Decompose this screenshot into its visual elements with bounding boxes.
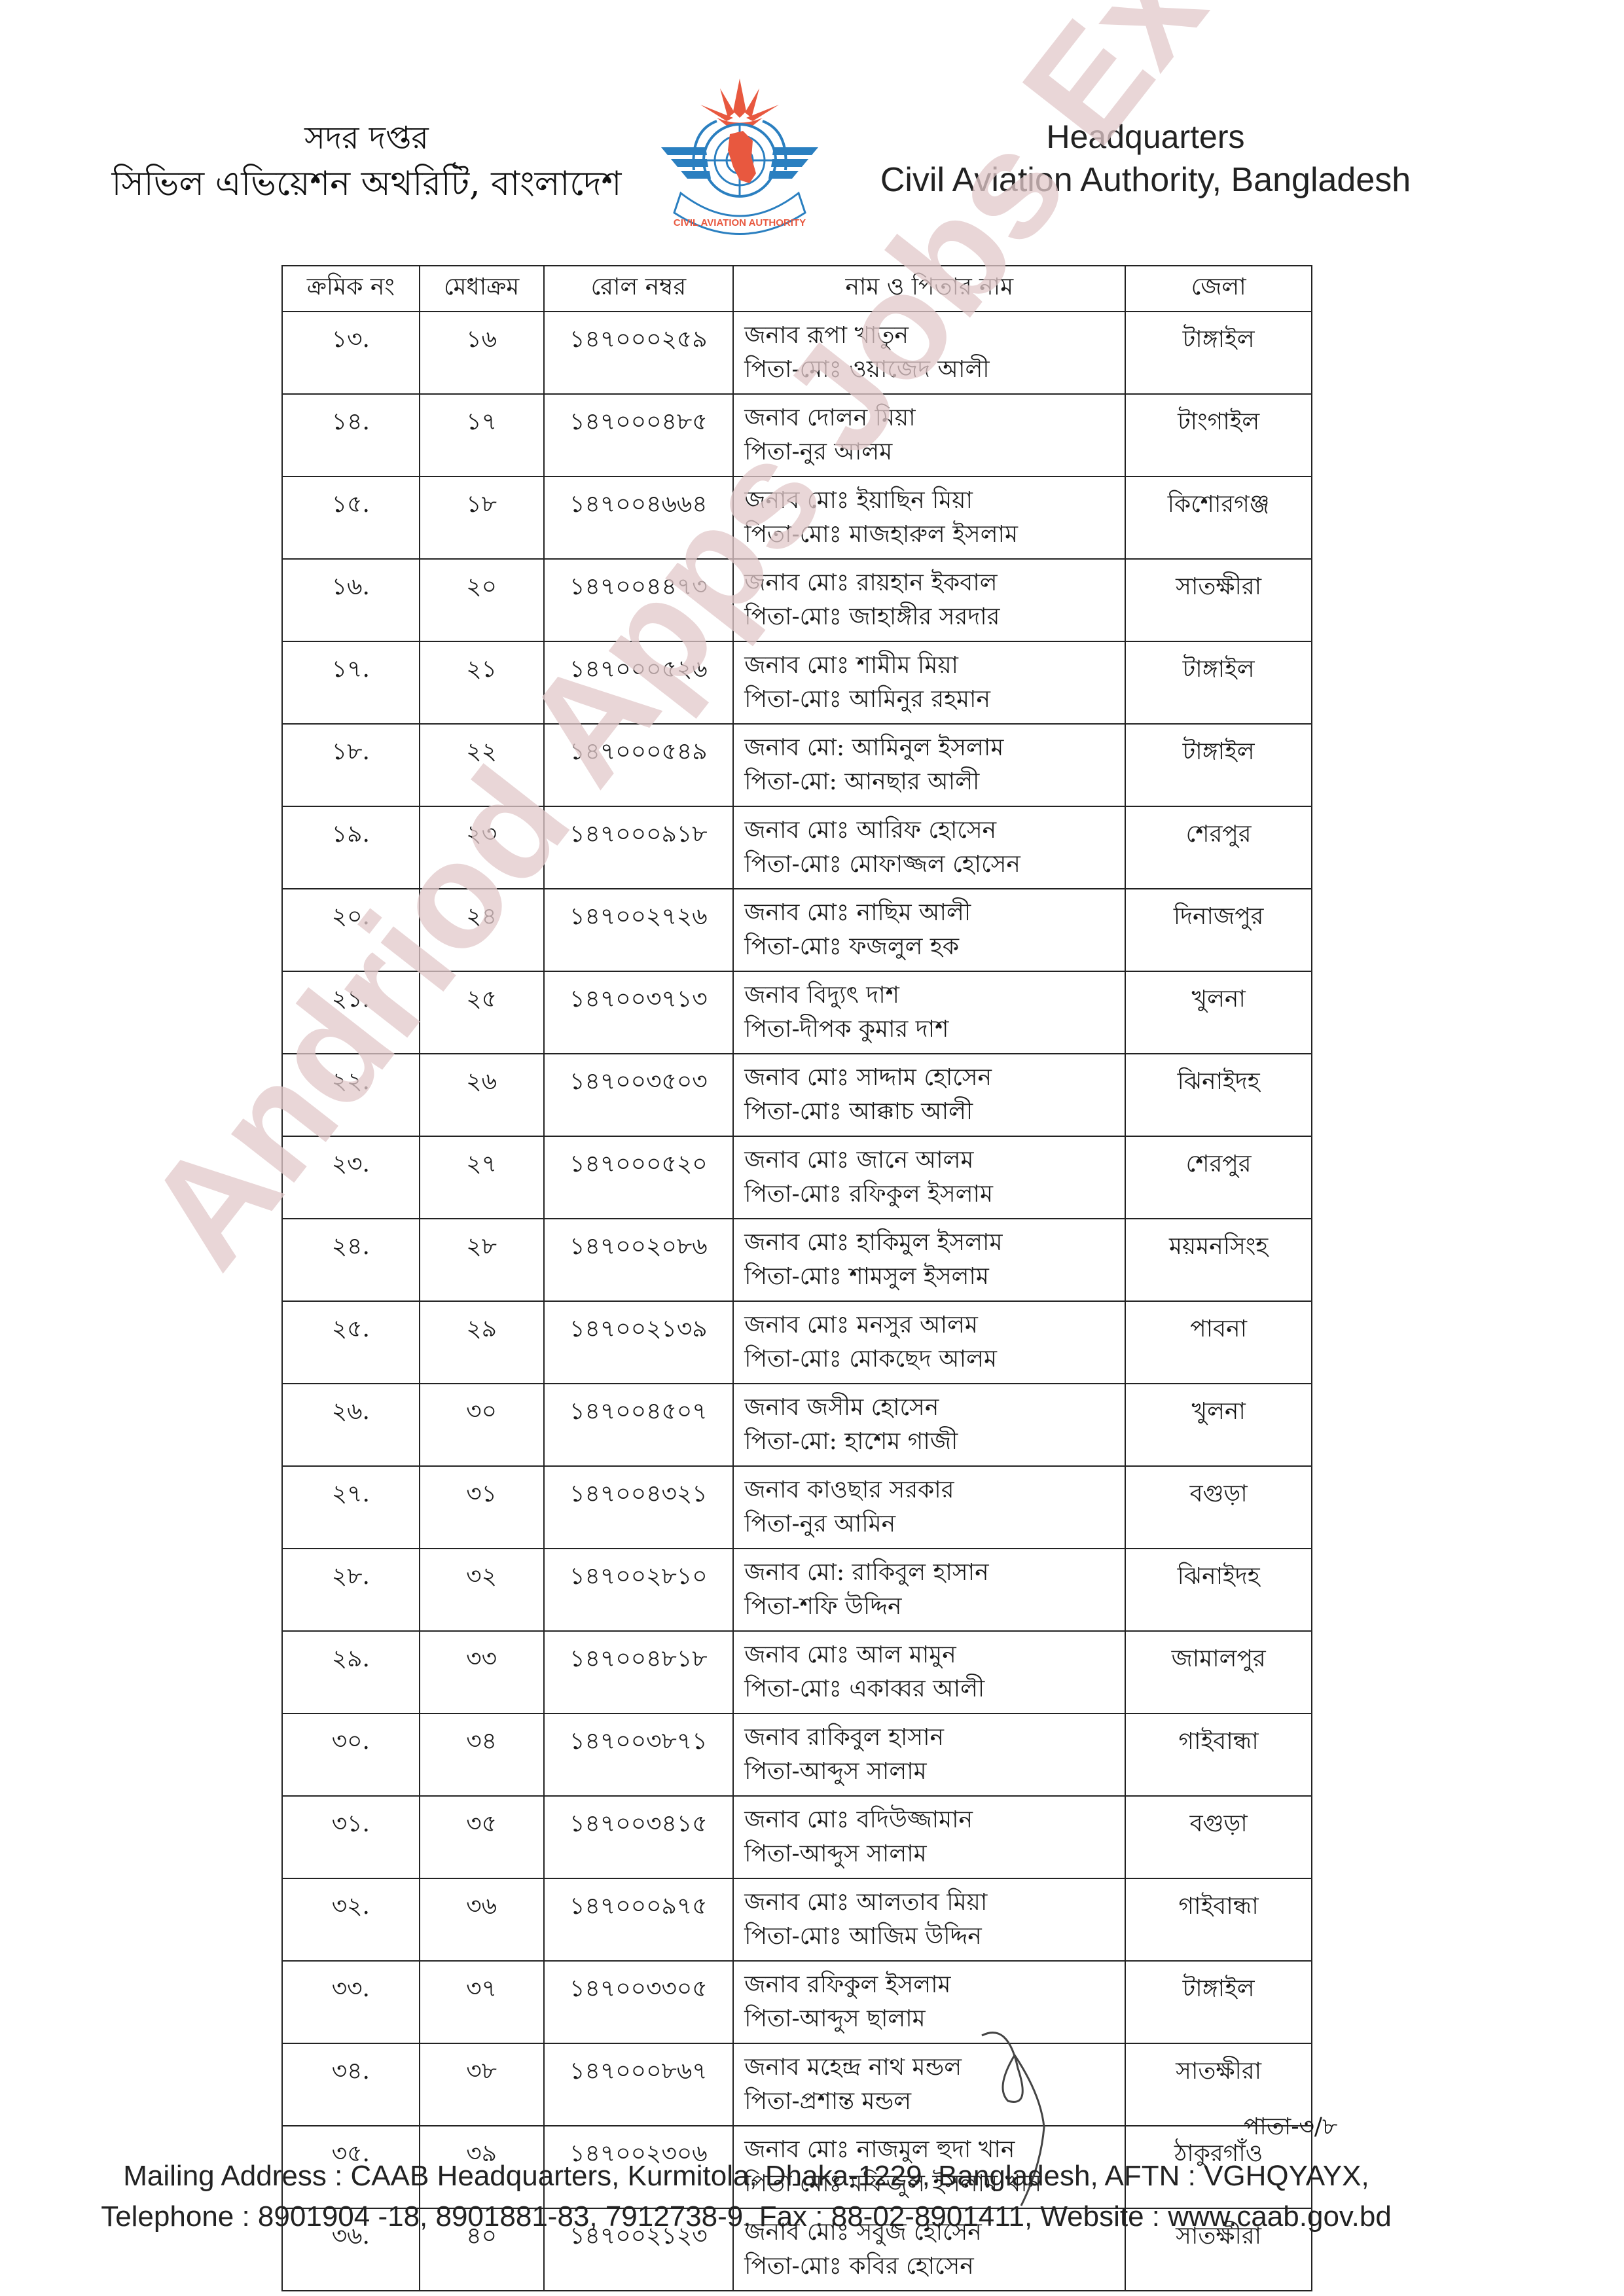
district: বগুড়া (1190, 1810, 1248, 1837)
cell-name: জনাব মোঃ শামীম মিয়াপিতা-মোঃ আমিনুর রহমা… (733, 641, 1125, 724)
serial-number: ১৬. (332, 573, 370, 600)
roll-number: ১৪৭০০৪৫০৭ (569, 1398, 707, 1425)
header-bangla-line2: সিভিল এভিয়েশন অথরিটি, বাংলাদেশ (79, 157, 655, 214)
district: শেরপুর (1186, 1151, 1252, 1177)
cell-name: জনাব মোঃ আল মামুনপিতা-মোঃ একাব্বর আলী (733, 1631, 1125, 1713)
roll-number: ১৪৭০০২০৮৬ (569, 1233, 708, 1260)
father-name: পিতা-আব্দুস সালাম (744, 1755, 1125, 1789)
cell-serial: ২৭. (282, 1466, 420, 1549)
candidate-name: জনাব মোঃ নাছিম আলী (744, 896, 1125, 930)
cell-roll: ১৪৭০০৩৩০৫ (544, 1961, 734, 2043)
cell-merit: ২৭ (420, 1136, 544, 1219)
merit-position: ৩০ (466, 1398, 497, 1425)
cell-merit: ৩১ (420, 1466, 544, 1549)
serial-number: ১৫. (332, 491, 370, 518)
candidate-name: জনাব জসীম হোসেন (744, 1391, 1125, 1425)
father-name: পিতা-নুর আলম (744, 435, 1125, 469)
cell-district: টাংগাইল (1125, 394, 1312, 476)
cell-merit: ২৪ (420, 889, 544, 971)
district: গাইবান্ধা (1179, 1893, 1259, 1920)
cell-merit: ৩২ (420, 1549, 544, 1631)
serial-number: ৩২. (332, 1893, 370, 1920)
district: কিশোরগঞ্জ (1168, 491, 1270, 518)
caab-logo-icon: CIVIL AVIATION AUTHORITY (655, 65, 825, 242)
cell-name: জনাব মো: আমিনুল ইসলামপিতা-মো: আনছার আলী (733, 724, 1125, 806)
header-english-line1: Headquarters (864, 118, 1427, 156)
candidate-name: জনাব মোঃ সাদ্দাম হোসেন (744, 1061, 1125, 1095)
col-header-name: নাম ও পিতার নাম (733, 266, 1125, 312)
cell-merit: ২১ (420, 641, 544, 724)
cell-serial: ২৯. (282, 1631, 420, 1713)
father-name: পিতা-মো: হাশেম গাজী (744, 1425, 1125, 1459)
roll-number: ১৪৭০০৪৩২১ (569, 1480, 707, 1507)
merit-position: ২১ (466, 656, 497, 683)
table-row: ৩৪.৩৮১৪৭০০০৮৬৭জনাব মহেন্দ্র নাথ মন্ডলপিত… (282, 2043, 1312, 2126)
candidate-name: জনাব মোঃ হাকিমুল ইসলাম (744, 1226, 1125, 1260)
cell-merit: ৩৩ (420, 1631, 544, 1713)
district: জামালপুর (1172, 1645, 1266, 1672)
cell-merit: ৩০ (420, 1384, 544, 1466)
serial-number: ১৯. (332, 821, 370, 848)
table-row: ২৫.২৯১৪৭০০২১৩৯জনাব মোঃ মনসুর আলমপিতা-মোঃ… (282, 1301, 1312, 1384)
cell-name: জনাব রাকিবুল হাসানপিতা-আব্দুস সালাম (733, 1713, 1125, 1796)
cell-roll: ১৪৭০০২৭২৬ (544, 889, 734, 971)
father-name: পিতা-মোঃ শামসুল ইসলাম (744, 1260, 1125, 1294)
cell-merit: ২৯ (420, 1301, 544, 1384)
cell-roll: ১৪৭০০৩৮৭১ (544, 1713, 734, 1796)
district: টাংগাইল (1178, 408, 1259, 435)
table-row: ২১.২৫১৪৭০০৩৭১৩জনাব বিদ্যুৎ দাশপিতা-দীপক … (282, 971, 1312, 1054)
cell-merit: ২২ (420, 724, 544, 806)
cell-district: গাইবান্ধা (1125, 1713, 1312, 1796)
cell-name: জনাব বিদ্যুৎ দাশপিতা-দীপক কুমার দাশ (733, 971, 1125, 1054)
merit-position: ৩৫ (466, 1810, 497, 1837)
serial-number: ২২. (332, 1068, 370, 1095)
table-row: ২২.২৬১৪৭০০৩৫০৩জনাব মোঃ সাদ্দাম হোসেনপিতা… (282, 1054, 1312, 1136)
cell-name: জনাব মোঃ আলতাব মিয়াপিতা-মোঃ আজিম উদ্দিন (733, 1878, 1125, 1961)
cell-merit: ২৩ (420, 806, 544, 889)
father-name: পিতা-মোঃ কবির হোসেন (744, 2250, 1125, 2284)
cell-roll: ১৪৭০০০৫৪৯ (544, 724, 734, 806)
merit-position: ৩২ (466, 1563, 497, 1590)
candidate-name: জনাব রূপা খাতুন (744, 319, 1125, 353)
cell-serial: ১৯. (282, 806, 420, 889)
serial-number: ৩০. (332, 1728, 370, 1755)
cell-roll: ১৪৭০০৪৮১৮ (544, 1631, 734, 1713)
roll-number: ১৪৭০০০২৫৯ (569, 326, 707, 353)
roll-number: ১৪৭০০২৭২৬ (569, 903, 708, 930)
merit-position: ১৬ (466, 326, 497, 353)
serial-number: ১৮. (332, 738, 370, 765)
merit-position: ৩৭ (466, 1975, 497, 2002)
col-header-merit: মেধাক্রম (420, 266, 544, 312)
district: টাঙ্গাইল (1183, 326, 1255, 353)
candidate-name: জনাব দোলন মিয়া (744, 401, 1125, 435)
cell-serial: ১৫. (282, 476, 420, 559)
cell-name: জনাব মোঃ নাছিম আলীপিতা-মোঃ ফজলুল হক (733, 889, 1125, 971)
district: ঝিনাইদহ (1178, 1068, 1260, 1095)
candidate-name: জনাব মহেন্দ্র নাথ মন্ডল (744, 2051, 1125, 2085)
serial-number: ২৯. (332, 1645, 370, 1672)
cell-serial: ৩৪. (282, 2043, 420, 2126)
cell-roll: ১৪৭০০০৪৮৫ (544, 394, 734, 476)
merit-position: ২২ (466, 738, 497, 765)
merit-position: ২৭ (466, 1151, 497, 1177)
cell-district: শেরপুর (1125, 1136, 1312, 1219)
table-row: ২৯.৩৩১৪৭০০৪৮১৮জনাব মোঃ আল মামুনপিতা-মোঃ … (282, 1631, 1312, 1713)
table-row: ৩৩.৩৭১৪৭০০৩৩০৫জনাব রফিকুল ইসলামপিতা-আব্দ… (282, 1961, 1312, 2043)
table-row: ২৩.২৭১৪৭০০০৫২০জনাব মোঃ জানে আলমপিতা-মোঃ … (282, 1136, 1312, 1219)
cell-name: জনাব জসীম হোসেনপিতা-মো: হাশেম গাজী (733, 1384, 1125, 1466)
father-name: পিতা-মোঃ একাব্বর আলী (744, 1672, 1125, 1706)
footer-contact: Telephone : 8901904 -18, 8901881-83, 791… (39, 2200, 1453, 2233)
father-name: পিতা-মোঃ আমিনুর রহমান (744, 683, 1125, 717)
father-name: পিতা-প্রশান্ত মন্ডল (744, 2085, 1125, 2119)
cell-roll: ১৪৭০০৪৩২১ (544, 1466, 734, 1549)
roll-number: ১৪৭০০৩৭১৩ (569, 986, 708, 1013)
table-row: ২০.২৪১৪৭০০২৭২৬জনাব মোঃ নাছিম আলীপিতা-মোঃ… (282, 889, 1312, 971)
cell-district: ময়মনসিংহ (1125, 1219, 1312, 1301)
cell-district: খুলনা (1125, 971, 1312, 1054)
cell-serial: ২২. (282, 1054, 420, 1136)
cell-district: শেরপুর (1125, 806, 1312, 889)
cell-merit: ১৬ (420, 312, 544, 394)
roll-number: ১৪৭০০০৯১৮ (569, 821, 707, 848)
cell-district: কিশোরগঞ্জ (1125, 476, 1312, 559)
serial-number: ২১. (332, 986, 370, 1013)
candidate-name: জনাব মো: আমিনুল ইসলাম (744, 731, 1125, 765)
cell-district: ঝিনাইদহ (1125, 1054, 1312, 1136)
cell-district: টাঙ্গাইল (1125, 724, 1312, 806)
candidate-name: জনাব মোঃ শামীম মিয়া (744, 649, 1125, 683)
serial-number: ২০. (332, 903, 370, 930)
merit-position: ১৭ (466, 408, 497, 435)
merit-position: ২৬ (466, 1068, 497, 1095)
cell-district: টাঙ্গাইল (1125, 641, 1312, 724)
cell-roll: ১৪৭০০৪৫০৭ (544, 1384, 734, 1466)
cell-merit: ৩৫ (420, 1796, 544, 1878)
table-row: ২৮.৩২১৪৭০০২৮১০জনাব মো: রাকিবুল হাসানপিতা… (282, 1549, 1312, 1631)
cell-serial: ১৮. (282, 724, 420, 806)
table-row: ২৭.৩১১৪৭০০৪৩২১জনাব কাওছার সরকারপিতা-নুর … (282, 1466, 1312, 1549)
father-name: পিতা-আব্দুস ছালাম (744, 2002, 1125, 2036)
district: খুলনা (1191, 986, 1245, 1013)
cell-name: জনাব মোঃ মনসুর আলমপিতা-মোঃ মোকছেদ আলম (733, 1301, 1125, 1384)
district: টাঙ্গাইল (1183, 1975, 1255, 2002)
table-row: ১৯.২৩১৪৭০০০৯১৮জনাব মোঃ আরিফ হোসেনপিতা-মো… (282, 806, 1312, 889)
table-row: ১৩.১৬১৪৭০০০২৫৯জনাব রূপা খাতুনপিতা-মোঃ ওয… (282, 312, 1312, 394)
father-name: পিতা-মোঃ মোকছেদ আলম (744, 1342, 1125, 1376)
cell-roll: ১৪৭০০০৯৭৫ (544, 1878, 734, 1961)
district: ময়মনসিংহ (1169, 1233, 1268, 1260)
cell-name: জনাব রূপা খাতুনপিতা-মোঃ ওয়াজেদ আলী (733, 312, 1125, 394)
candidate-name: জনাব রাকিবুল হাসান (744, 1721, 1125, 1755)
merit-position: ২৩ (466, 821, 497, 848)
father-name: পিতা-মো: আনছার আলী (744, 765, 1125, 799)
district: দিনাজপুর (1174, 903, 1264, 930)
district: টাঙ্গাইল (1183, 738, 1255, 765)
cell-name: জনাব মোঃ রায়হান ইকবালপিতা-মোঃ জাহাঙ্গীর… (733, 559, 1125, 641)
district: ঝিনাইদহ (1178, 1563, 1260, 1590)
roll-number: ১৪৭০০৪৮১৮ (569, 1645, 707, 1672)
district: টাঙ্গাইল (1183, 656, 1255, 683)
roll-number: ১৪৭০০০৪৮৫ (569, 408, 707, 435)
district: বগুড়া (1190, 1480, 1248, 1507)
cell-roll: ১৪৭০০৩৫০৩ (544, 1054, 734, 1136)
father-name: পিতা-নুর আমিন (744, 1507, 1125, 1541)
roll-number: ১৪৭০০৪৬৬৪ (569, 491, 707, 518)
district: সাতক্ষীরা (1176, 2058, 1261, 2085)
cell-merit: ৩৮ (420, 2043, 544, 2126)
roll-number: ১৪৭০০৩৩০৫ (569, 1975, 708, 2002)
merit-position: ২৫ (466, 986, 497, 1013)
table-row: ৩১.৩৫১৪৭০০৩৪১৫জনাব মোঃ বদিউজ্জামানপিতা-আ… (282, 1796, 1312, 1878)
cell-district: পাবনা (1125, 1301, 1312, 1384)
serial-number: ২৫. (332, 1316, 370, 1342)
table-row: ৩০.৩৪১৪৭০০৩৮৭১জনাব রাকিবুল হাসানপিতা-আব্… (282, 1713, 1312, 1796)
header-english-line2: Civil Aviation Authority, Bangladesh (864, 160, 1427, 200)
father-name: পিতা-মোঃ ফজলুল হক (744, 930, 1125, 964)
cell-merit: ২৮ (420, 1219, 544, 1301)
cell-merit: ১৮ (420, 476, 544, 559)
cell-roll: ১৪৭০০২৮১০ (544, 1549, 734, 1631)
table-row: ১৫.১৮১৪৭০০৪৬৬৪জনাব মোঃ ইয়াছিন মিয়াপিতা… (282, 476, 1312, 559)
roll-number: ১৪৭০০৪৪৭৩ (569, 573, 707, 600)
candidate-name: জনাব মোঃ আরিফ হোসেন (744, 814, 1125, 848)
col-header-roll: রোল নম্বর (544, 266, 734, 312)
table-row: ১৪.১৭১৪৭০০০৪৮৫জনাব দোলন মিয়াপিতা-নুর আল… (282, 394, 1312, 476)
cell-roll: ১৪৭০০৪৬৬৪ (544, 476, 734, 559)
serial-number: ২৩. (332, 1151, 370, 1177)
page-number: পাতা-৩/৮ (1244, 2109, 1337, 2148)
table-row: ১৭.২১১৪৭০০০৫২৬জনাব মোঃ শামীম মিয়াপিতা-ম… (282, 641, 1312, 724)
cell-serial: ১৬. (282, 559, 420, 641)
cell-serial: ১৩. (282, 312, 420, 394)
merit-position: ২০ (466, 573, 497, 600)
candidate-name: জনাব মোঃ রায়হান ইকবাল (744, 566, 1125, 600)
cell-district: জামালপুর (1125, 1631, 1312, 1713)
cell-serial: ২১. (282, 971, 420, 1054)
cell-serial: ২৬. (282, 1384, 420, 1466)
cell-serial: ৩০. (282, 1713, 420, 1796)
cell-name: জনাব দোলন মিয়াপিতা-নুর আলম (733, 394, 1125, 476)
cell-district: বগুড়া (1125, 1466, 1312, 1549)
serial-number: ২৪. (332, 1233, 370, 1260)
serial-number: ২৬. (332, 1398, 370, 1425)
serial-number: ৩১. (332, 1810, 370, 1837)
candidate-name: জনাব বিদ্যুৎ দাশ (744, 978, 1125, 1013)
serial-number: ১৭. (332, 656, 370, 683)
merit-position: ২৯ (466, 1316, 497, 1342)
merit-position: ৩১ (466, 1480, 497, 1507)
cell-name: জনাব মোঃ জানে আলমপিতা-মোঃ রফিকুল ইসলাম (733, 1136, 1125, 1219)
roll-number: ১৪৭০০০৫২০ (569, 1151, 708, 1177)
col-header-district: জেলা (1125, 266, 1312, 312)
cell-serial: ১৪. (282, 394, 420, 476)
cell-merit: ১৭ (420, 394, 544, 476)
cell-name: জনাব মোঃ হাকিমুল ইসলামপিতা-মোঃ শামসুল ইস… (733, 1219, 1125, 1301)
cell-roll: ১৪৭০০০৯১৮ (544, 806, 734, 889)
cell-district: খুলনা (1125, 1384, 1312, 1466)
candidate-name: জনাব মোঃ বদিউজ্জামান (744, 1803, 1125, 1837)
merit-position: ৩৮ (466, 2058, 497, 2085)
cell-serial: ১৭. (282, 641, 420, 724)
cell-serial: ২৪. (282, 1219, 420, 1301)
svg-text:CIVIL AVIATION AUTHORITY: CIVIL AVIATION AUTHORITY (674, 217, 806, 228)
cell-district: টাঙ্গাইল (1125, 312, 1312, 394)
table-row: ৩২.৩৬১৪৭০০০৯৭৫জনাব মোঃ আলতাব মিয়াপিতা-ম… (282, 1878, 1312, 1961)
district: শেরপুর (1186, 821, 1252, 848)
father-name: পিতা-মোঃ ওয়াজেদ আলী (744, 353, 1125, 387)
father-name: পিতা-মোঃ আক্কাচ আলী (744, 1095, 1125, 1129)
district: পাবনা (1190, 1316, 1247, 1342)
cell-district: দিনাজপুর (1125, 889, 1312, 971)
cell-serial: ২৮. (282, 1549, 420, 1631)
cell-merit: ৩৬ (420, 1878, 544, 1961)
roll-number: ১৪৭০০০৯৭৫ (569, 1893, 707, 1920)
merit-position: ৩৬ (466, 1893, 497, 1920)
cell-roll: ১৪৭০০০৫২০ (544, 1136, 734, 1219)
cell-roll: ১৪৭০০২১৩৯ (544, 1301, 734, 1384)
cell-merit: ২০ (420, 559, 544, 641)
cell-name: জনাব মোঃ সাদ্দাম হোসেনপিতা-মোঃ আক্কাচ আল… (733, 1054, 1125, 1136)
merit-list-table: ক্রমিক নং মেধাক্রম রোল নম্বর নাম ও পিতার… (281, 265, 1312, 2291)
father-name: পিতা-দীপক কুমার দাশ (744, 1013, 1125, 1047)
father-name: পিতা-মোঃ রফিকুল ইসলাম (744, 1177, 1125, 1211)
table-row: ১৮.২২১৪৭০০০৫৪৯জনাব মো: আমিনুল ইসলামপিতা-… (282, 724, 1312, 806)
merit-position: ২৪ (466, 903, 497, 930)
roll-number: ১৪৭০০৩৮৭১ (569, 1728, 707, 1755)
cell-serial: ২৫. (282, 1301, 420, 1384)
cell-roll: ১৪৭০০৩৭১৩ (544, 971, 734, 1054)
father-name: পিতা-মোঃ মাজহারুল ইসলাম (744, 518, 1125, 552)
cell-name: জনাব মোঃ ইয়াছিন মিয়াপিতা-মোঃ মাজহারুল … (733, 476, 1125, 559)
roll-number: ১৪৭০০৩৫০৩ (569, 1068, 708, 1095)
roll-number: ১৪৭০০২৮১০ (569, 1563, 707, 1590)
serial-number: ২৮. (332, 1563, 370, 1590)
district: খুলনা (1191, 1398, 1245, 1425)
serial-number: ১৪. (332, 408, 370, 435)
cell-roll: ১৪৭০০৩৪১৫ (544, 1796, 734, 1878)
merit-position: ৩৩ (466, 1645, 497, 1672)
cell-name: জনাব মোঃ আরিফ হোসেনপিতা-মোঃ মোফাজ্জল হোস… (733, 806, 1125, 889)
cell-merit: ৩৭ (420, 1961, 544, 2043)
cell-merit: ২৫ (420, 971, 544, 1054)
roll-number: ১৪৭০০৩৪১৫ (569, 1810, 707, 1837)
roll-number: ১৪৭০০০৫৪৯ (569, 738, 707, 765)
candidate-name: জনাব মোঃ আলতাব মিয়া (744, 1886, 1125, 1920)
cell-district: গাইবান্ধা (1125, 1878, 1312, 1961)
cell-serial: ৩৩. (282, 1961, 420, 2043)
merit-position: ১৮ (466, 491, 497, 518)
footer-mailing-address: Mailing Address : CAAB Headquarters, Kur… (39, 2160, 1453, 2193)
serial-number: ১৩. (332, 326, 370, 353)
merit-position: ২৮ (466, 1233, 497, 1260)
cell-name: জনাব মোঃ বদিউজ্জামানপিতা-আব্দুস সালাম (733, 1796, 1125, 1878)
cell-name: জনাব রফিকুল ইসলামপিতা-আব্দুস ছালাম (733, 1961, 1125, 2043)
candidate-name: জনাব রফিকুল ইসলাম (744, 1968, 1125, 2002)
cell-roll: ১৪৭০০০৫২৬ (544, 641, 734, 724)
serial-number: ২৭. (332, 1480, 370, 1507)
table-header-row: ক্রমিক নং মেধাক্রম রোল নম্বর নাম ও পিতার… (282, 266, 1312, 312)
cell-roll: ১৪৭০০০২৫৯ (544, 312, 734, 394)
cell-district: ঝিনাইদহ (1125, 1549, 1312, 1631)
father-name: পিতা-মোঃ মোফাজ্জল হোসেন (744, 848, 1125, 882)
candidate-name: জনাব মোঃ ইয়াছিন মিয়া (744, 484, 1125, 518)
table-row: ১৬.২০১৪৭০০৪৪৭৩জনাব মোঃ রায়হান ইকবালপিতা… (282, 559, 1312, 641)
father-name: পিতা-আব্দুস সালাম (744, 1837, 1125, 1871)
cell-serial: ২৩. (282, 1136, 420, 1219)
cell-merit: ২৬ (420, 1054, 544, 1136)
cell-roll: ১৪৭০০৪৪৭৩ (544, 559, 734, 641)
cell-serial: ৩১. (282, 1796, 420, 1878)
cell-district: সাতক্ষীরা (1125, 559, 1312, 641)
cell-merit: ৩৪ (420, 1713, 544, 1796)
cell-serial: ৩২. (282, 1878, 420, 1961)
father-name: পিতা-মোঃ আজিম উদ্দিন (744, 1920, 1125, 1954)
table-row: ২৬.৩০১৪৭০০৪৫০৭জনাব জসীম হোসেনপিতা-মো: হা… (282, 1384, 1312, 1466)
candidate-name: জনাব মোঃ আল মামুন (744, 1638, 1125, 1672)
cell-district: টাঙ্গাইল (1125, 1961, 1312, 2043)
col-header-serial: ক্রমিক নং (282, 266, 420, 312)
father-name: পিতা-মোঃ জাহাঙ্গীর সরদার (744, 600, 1125, 634)
father-name: পিতা-শফি উদ্দিন (744, 1590, 1125, 1624)
candidate-name: জনাব মোঃ মনসুর আলম (744, 1308, 1125, 1342)
candidate-name: জনাব মোঃ জানে আলম (744, 1143, 1125, 1177)
merit-position: ৩৪ (466, 1728, 497, 1755)
cell-name: জনাব মো: রাকিবুল হাসানপিতা-শফি উদ্দিন (733, 1549, 1125, 1631)
district: সাতক্ষীরা (1176, 573, 1261, 600)
district: গাইবান্ধা (1179, 1728, 1259, 1755)
roll-number: ১৪৭০০২১৩৯ (569, 1316, 707, 1342)
roll-number: ১৪৭০০০৫২৬ (569, 656, 708, 683)
serial-number: ৩৩. (332, 1975, 370, 2002)
cell-name: জনাব মহেন্দ্র নাথ মন্ডলপিতা-প্রশান্ত মন্… (733, 2043, 1125, 2126)
serial-number: ৩৪. (332, 2058, 370, 2085)
cell-roll: ১৪৭০০০৮৬৭ (544, 2043, 734, 2126)
candidate-name: জনাব কাওছার সরকার (744, 1473, 1125, 1507)
cell-serial: ২০. (282, 889, 420, 971)
table-row: ২৪.২৮১৪৭০০২০৮৬জনাব মোঃ হাকিমুল ইসলামপিতা… (282, 1219, 1312, 1301)
candidate-name: জনাব মো: রাকিবুল হাসান (744, 1556, 1125, 1590)
cell-roll: ১৪৭০০২০৮৬ (544, 1219, 734, 1301)
cell-name: জনাব কাওছার সরকারপিতা-নুর আমিন (733, 1466, 1125, 1549)
cell-district: বগুড়া (1125, 1796, 1312, 1878)
roll-number: ১৪৭০০০৮৬৭ (569, 2058, 708, 2085)
